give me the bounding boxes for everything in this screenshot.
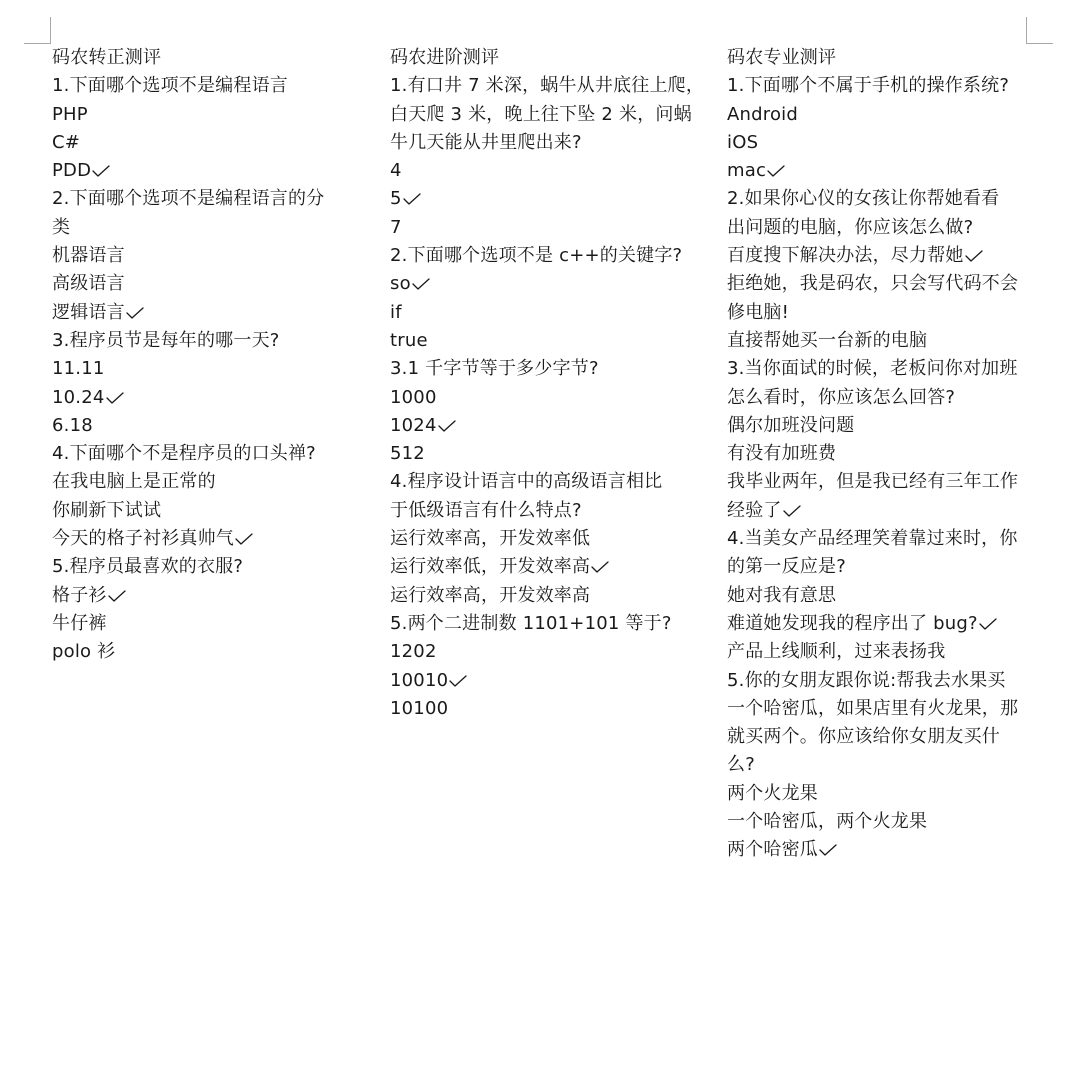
line-text: 直接帮她买一台新的电脑 [727, 330, 927, 351]
quiz-line-correct-answer: 运行效率低，开发效率高 [390, 553, 700, 581]
line-text: 的第一反应是? [727, 556, 846, 577]
quiz-line-correct-answer: 两个哈密瓜 [727, 836, 1037, 864]
line-text: 修电脑! [727, 302, 789, 323]
line-text: 1.下面哪个选项不是编程语言 [52, 75, 288, 96]
line-text: 5 [390, 188, 402, 209]
quiz-line: polo 衫 [52, 638, 362, 666]
page-corner-mark-top-right [1026, 17, 1053, 44]
quiz-line: 6.18 [52, 412, 362, 440]
quiz-line: 4.下面哪个不是程序员的口头禅? [52, 440, 362, 468]
line-text: 5.两个二进制数 1101+101 等于? [390, 613, 672, 634]
quiz-line: 5.你的女朋友跟你说:帮我去水果买 [727, 667, 1037, 695]
line-text: 么? [727, 754, 755, 775]
quiz-line: C# [52, 129, 362, 157]
line-text: C# [52, 132, 80, 153]
quiz-column-advanced: 码农进阶测评 1.有口井 7 米深，蜗牛从井底往上爬，白天爬 3 米，晚上往下坠… [390, 44, 700, 723]
quiz-lines: 1.下面哪个选项不是编程语言PHPC#PDD2.下面哪个选项不是编程语言的分类机… [52, 72, 362, 666]
line-text: 就买两个。你应该给你女朋友买什 [727, 726, 1000, 747]
quiz-line: 7 [390, 214, 700, 242]
column-title: 码农进阶测评 [390, 44, 700, 72]
line-text: 怎么看时，你应该怎么回答? [727, 387, 955, 408]
line-text: 1202 [390, 641, 437, 662]
line-text: 运行效率高，开发效率低 [390, 528, 590, 549]
line-text: 产品上线顺利，过来表扬我 [727, 641, 945, 662]
line-text: iOS [727, 132, 758, 153]
quiz-line: 2.如果你心仪的女孩让你帮她看看 [727, 185, 1037, 213]
quiz-line: 于低级语言有什么特点? [390, 497, 700, 525]
quiz-line: 5.两个二进制数 1101+101 等于? [390, 610, 700, 638]
quiz-line: 运行效率高，开发效率高 [390, 582, 700, 610]
quiz-line-correct-answer: 逻辑语言 [52, 299, 362, 327]
quiz-line: 一个哈密瓜，如果店里有火龙果，那 [727, 695, 1037, 723]
line-text: 一个哈密瓜，两个火龙果 [727, 811, 927, 832]
quiz-line: 1.有口井 7 米深，蜗牛从井底往上爬， [390, 72, 700, 100]
column-title: 码农转正测评 [52, 44, 362, 72]
quiz-line-correct-answer: 经验了 [727, 497, 1037, 525]
quiz-line: 10100 [390, 695, 700, 723]
line-text: 偶尔加班没问题 [727, 415, 854, 436]
line-text: 1000 [390, 387, 437, 408]
line-text: 出问题的电脑，你应该怎么做? [727, 217, 973, 238]
line-text: 类 [52, 217, 70, 238]
quiz-lines: 1.有口井 7 米深，蜗牛从井底往上爬，白天爬 3 米，晚上往下坠 2 米，问蜗… [390, 72, 700, 723]
quiz-line: 1000 [390, 384, 700, 412]
quiz-line: 11.11 [52, 355, 362, 383]
line-text: 难道她发现我的程序出了 bug? [727, 613, 978, 634]
quiz-line: 类 [52, 214, 362, 242]
checkmark-icon [819, 844, 837, 856]
line-text: 你刷新下试试 [52, 500, 161, 521]
checkmark-icon [92, 165, 110, 177]
checkmark-icon [438, 420, 456, 432]
quiz-line: 4 [390, 157, 700, 185]
quiz-line: 偶尔加班没问题 [727, 412, 1037, 440]
quiz-line: 我毕业两年，但是我已经有三年工作 [727, 468, 1037, 496]
line-text: 她对我有意思 [727, 585, 836, 606]
quiz-line: 两个火龙果 [727, 780, 1037, 808]
line-text: 4.当美女产品经理笑着靠过来时，你 [727, 528, 1018, 549]
line-text: 拒绝她，我是码农，只会写代码不会 [727, 273, 1018, 294]
checkmark-icon [235, 533, 253, 545]
quiz-line-correct-answer: 10010 [390, 667, 700, 695]
line-text: if [390, 302, 402, 323]
line-text: 7 [390, 217, 402, 238]
checkmark-icon [965, 250, 983, 262]
line-text: 10010 [390, 670, 448, 691]
quiz-lines: 1.下面哪个不属于手机的操作系统?AndroidiOSmac2.如果你心仪的女孩… [727, 72, 1037, 864]
quiz-line: true [390, 327, 700, 355]
checkmark-icon [403, 193, 421, 205]
line-text: 5.你的女朋友跟你说:帮我去水果买 [727, 670, 1006, 691]
line-text: 百度搜下解决办法，尽力帮她 [727, 245, 964, 266]
line-text: 3.程序员节是每年的哪一天? [52, 330, 280, 351]
line-text: 牛仔裤 [52, 613, 107, 634]
line-text: 2.下面哪个选项不是编程语言的分 [52, 188, 324, 209]
checkmark-icon [106, 392, 124, 404]
quiz-line: 5.程序员最喜欢的衣服? [52, 553, 362, 581]
line-text: 4.下面哪个不是程序员的口头禅? [52, 443, 316, 464]
quiz-line: 她对我有意思 [727, 582, 1037, 610]
quiz-line-correct-answer: so [390, 270, 700, 298]
line-text: 机器语言 [52, 245, 125, 266]
page-corner-mark-top-left [24, 17, 51, 44]
quiz-column-probation: 码农转正测评 1.下面哪个选项不是编程语言PHPC#PDD2.下面哪个选项不是编… [52, 44, 362, 667]
quiz-line-correct-answer: mac [727, 157, 1037, 185]
line-text: 1.下面哪个不属于手机的操作系统? [727, 75, 1009, 96]
checkmark-icon [591, 561, 609, 573]
line-text: so [390, 273, 411, 294]
quiz-line: 修电脑! [727, 299, 1037, 327]
quiz-line: 2.下面哪个选项不是 c++的关键字? [390, 242, 700, 270]
checkmark-icon [979, 618, 997, 630]
quiz-column-professional: 码农专业测评 1.下面哪个不属于手机的操作系统?AndroidiOSmac2.如… [727, 44, 1037, 865]
quiz-line: 1.下面哪个不属于手机的操作系统? [727, 72, 1037, 100]
checkmark-icon [412, 278, 430, 290]
line-text: 4.程序设计语言中的高级语言相比 [390, 471, 662, 492]
line-text: 在我电脑上是正常的 [52, 471, 216, 492]
quiz-line: 产品上线顺利，过来表扬我 [727, 638, 1037, 666]
line-text: 两个火龙果 [727, 783, 818, 804]
quiz-line-correct-answer: 难道她发现我的程序出了 bug? [727, 610, 1037, 638]
line-text: 经验了 [727, 500, 782, 521]
quiz-line: 512 [390, 440, 700, 468]
line-text: 一个哈密瓜，如果店里有火龙果，那 [727, 698, 1018, 719]
quiz-line-correct-answer: 今天的格子衬衫真帅气 [52, 525, 362, 553]
quiz-line: 3.当你面试的时候，老板问你对加班 [727, 355, 1037, 383]
line-text: 2.下面哪个选项不是 c++的关键字? [390, 245, 682, 266]
checkmark-icon [108, 590, 126, 602]
checkmark-icon [783, 505, 801, 517]
line-text: PDD [52, 160, 91, 181]
quiz-line: 么? [727, 751, 1037, 779]
quiz-line: Android [727, 101, 1037, 129]
quiz-line: 就买两个。你应该给你女朋友买什 [727, 723, 1037, 751]
line-text: 牛几天能从井里爬出来? [390, 132, 582, 153]
quiz-line-correct-answer: 10.24 [52, 384, 362, 412]
quiz-line: 3.程序员节是每年的哪一天? [52, 327, 362, 355]
quiz-line: 有没有加班费 [727, 440, 1037, 468]
line-text: 4 [390, 160, 402, 181]
quiz-line-correct-answer: 5 [390, 185, 700, 213]
quiz-line: 运行效率高，开发效率低 [390, 525, 700, 553]
quiz-line: 在我电脑上是正常的 [52, 468, 362, 496]
line-text: 运行效率高，开发效率高 [390, 585, 590, 606]
quiz-line: 1.下面哪个选项不是编程语言 [52, 72, 362, 100]
quiz-line-correct-answer: 1024 [390, 412, 700, 440]
quiz-line: 直接帮她买一台新的电脑 [727, 327, 1037, 355]
line-text: 于低级语言有什么特点? [390, 500, 582, 521]
quiz-line: 3.1 千字节等于多少字节? [390, 355, 700, 383]
line-text: 5.程序员最喜欢的衣服? [52, 556, 243, 577]
line-text: PHP [52, 104, 88, 125]
line-text: 2.如果你心仪的女孩让你帮她看看 [727, 188, 999, 209]
checkmark-icon [126, 307, 144, 319]
quiz-line: 2.下面哪个选项不是编程语言的分 [52, 185, 362, 213]
line-text: 3.1 千字节等于多少字节? [390, 358, 599, 379]
quiz-line: 牛几天能从井里爬出来? [390, 129, 700, 157]
line-text: 我毕业两年，但是我已经有三年工作 [727, 471, 1018, 492]
line-text: 6.18 [52, 415, 93, 436]
checkmark-icon [449, 675, 467, 687]
quiz-line: 白天爬 3 米，晚上往下坠 2 米，问蜗 [390, 101, 700, 129]
quiz-line: 一个哈密瓜，两个火龙果 [727, 808, 1037, 836]
line-text: 10.24 [52, 387, 105, 408]
quiz-line: if [390, 299, 700, 327]
quiz-line: 的第一反应是? [727, 553, 1037, 581]
column-title: 码农专业测评 [727, 44, 1037, 72]
line-text: 白天爬 3 米，晚上往下坠 2 米，问蜗 [390, 104, 692, 125]
quiz-line-correct-answer: PDD [52, 157, 362, 185]
line-text: 有没有加班费 [727, 443, 836, 464]
line-text: 10100 [390, 698, 448, 719]
quiz-line: 怎么看时，你应该怎么回答? [727, 384, 1037, 412]
line-text: 512 [390, 443, 425, 464]
quiz-line: iOS [727, 129, 1037, 157]
line-text: 格子衫 [52, 585, 107, 606]
line-text: 1.有口井 7 米深，蜗牛从井底往上爬， [390, 75, 704, 96]
quiz-line: 出问题的电脑，你应该怎么做? [727, 214, 1037, 242]
line-text: 高级语言 [52, 273, 125, 294]
line-text: 3.当你面试的时候，老板问你对加班 [727, 358, 1018, 379]
quiz-line-correct-answer: 百度搜下解决办法，尽力帮她 [727, 242, 1037, 270]
line-text: true [390, 330, 428, 351]
line-text: 逻辑语言 [52, 302, 125, 323]
quiz-line: 拒绝她，我是码农，只会写代码不会 [727, 270, 1037, 298]
line-text: 两个哈密瓜 [727, 839, 818, 860]
quiz-line-correct-answer: 格子衫 [52, 582, 362, 610]
quiz-line: 机器语言 [52, 242, 362, 270]
quiz-line: 1202 [390, 638, 700, 666]
quiz-line: 4.程序设计语言中的高级语言相比 [390, 468, 700, 496]
line-text: 1024 [390, 415, 437, 436]
line-text: polo 衫 [52, 641, 115, 662]
line-text: mac [727, 160, 766, 181]
line-text: 11.11 [52, 358, 105, 379]
line-text: Android [727, 104, 798, 125]
line-text: 运行效率低，开发效率高 [390, 556, 590, 577]
quiz-line: 牛仔裤 [52, 610, 362, 638]
checkmark-icon [767, 165, 785, 177]
quiz-line: 4.当美女产品经理笑着靠过来时，你 [727, 525, 1037, 553]
line-text: 今天的格子衬衫真帅气 [52, 528, 234, 549]
quiz-line: 高级语言 [52, 270, 362, 298]
quiz-line: 你刷新下试试 [52, 497, 362, 525]
quiz-line: PHP [52, 101, 362, 129]
